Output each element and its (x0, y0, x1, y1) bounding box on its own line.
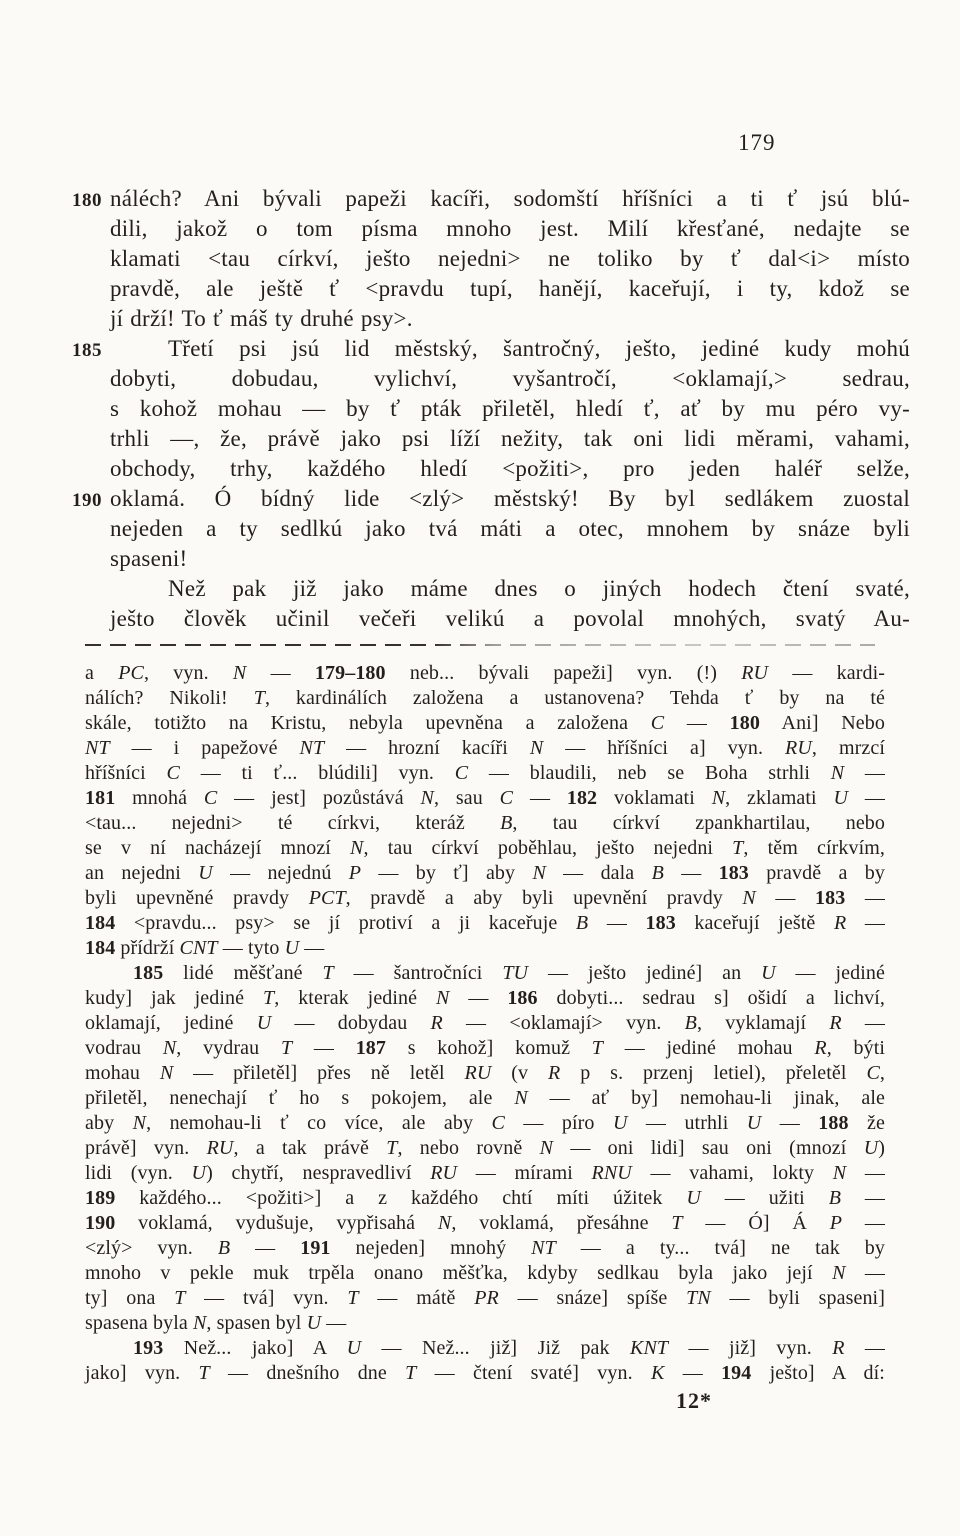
manuscript-siglum: R (548, 1062, 560, 1084)
manuscript-siglum: R (832, 1337, 844, 1359)
manuscript-siglum: NT (85, 737, 110, 759)
manuscript-siglum: U (347, 1337, 362, 1359)
apparatus-line: <zlý> vyn. B — 191 nejeden] mnohý NT — a… (85, 1236, 885, 1261)
manuscript-siglum: N (530, 737, 543, 759)
apparatus-line: se v ní nacházejí mnozí N, tau církví po… (85, 836, 885, 861)
manuscript-siglum: NT (531, 1237, 556, 1259)
manuscript-siglum: TN (686, 1287, 711, 1309)
verse-number: 179–180 (315, 662, 386, 684)
apparatus-line: vodrau N, vydrau T — 187 s kohož] komuž … (85, 1036, 885, 1061)
manuscript-siglum: CNT (180, 937, 218, 959)
manuscript-siglum: B (829, 1187, 841, 1209)
manuscript-siglum: T (592, 1037, 603, 1059)
manuscript-siglum: T (323, 962, 334, 984)
manuscript-siglum: U (747, 1112, 762, 1134)
manuscript-siglum: TU (502, 962, 528, 984)
verse-number: 185 (133, 962, 163, 984)
manuscript-siglum: B (500, 812, 512, 834)
text-line: pravdě, ale ještě ť <pravdu tupí, hanějí… (110, 274, 910, 304)
apparatus-line: 189 každého... <požiti>] a z každého cht… (85, 1186, 885, 1211)
text-line: dili, jakož o tom písma mnoho jest. Milí… (110, 214, 910, 244)
apparatus-line: hříšníci C — ti ť... blúdili] vyn. C — b… (85, 761, 885, 786)
manuscript-siglum: U (257, 1012, 272, 1034)
apparatus-line: spasena byla N, spasen byl U — (85, 1311, 885, 1336)
manuscript-siglum: RU (741, 662, 768, 684)
manuscript-siglum: RU (465, 1062, 492, 1084)
apparatus-line: aby N, nemohau-li ť co více, ale aby C —… (85, 1111, 885, 1136)
apparatus-line: jako] vyn. T — dnešního dne T — čtení sv… (85, 1361, 885, 1386)
manuscript-siglum: B (652, 862, 664, 884)
manuscript-siglum: T (199, 1362, 210, 1384)
manuscript-siglum: PCT (309, 887, 346, 909)
manuscript-siglum: P (349, 862, 361, 884)
manuscript-siglum: K (651, 1362, 664, 1384)
manuscript-siglum: B (685, 1012, 697, 1034)
manuscript-siglum: N (160, 1062, 173, 1084)
apparatus-line: skále, totižto na Kristu, nebyla upevněn… (85, 711, 885, 736)
manuscript-siglum: N (742, 887, 755, 909)
manuscript-siglum: T (281, 1037, 292, 1059)
apparatus-line: 181 mnohá C — jest] pozůstává N, sau C —… (85, 786, 885, 811)
manuscript-siglum: T (386, 1137, 397, 1159)
critical-apparatus: a PC, vyn. N — 179–180 neb... bývali pap… (85, 661, 885, 1386)
manuscript-siglum: RU (430, 1162, 457, 1184)
manuscript-siglum: R (829, 1012, 841, 1034)
manuscript-siglum: PC (118, 662, 144, 684)
manuscript-siglum: N (438, 1212, 451, 1234)
manuscript-siglum: T (263, 987, 274, 1009)
manuscript-siglum: U (198, 862, 213, 884)
verse-number: 187 (356, 1037, 386, 1059)
apparatus-line: oklamají, jediné U — dobydau R — <oklama… (85, 1011, 885, 1036)
verse-number: 184 (85, 912, 115, 934)
margin-line-number: 185 (72, 336, 108, 366)
apparatus-line: 190 voklamá, vydušuje, vypřisahá N, vokl… (85, 1211, 885, 1236)
manuscript-siglum: C (651, 712, 664, 734)
text-line: obchody, trhy, každého hledí <požiti>, p… (110, 454, 910, 484)
apparatus-line: a PC, vyn. N — 179–180 neb... bývali pap… (85, 661, 885, 686)
manuscript-siglum: T (405, 1362, 416, 1384)
text-line: s kohož mohau — by ť pták přiletěl, hled… (110, 394, 910, 424)
manuscript-siglum: N (350, 837, 363, 859)
page-number: 179 (738, 130, 776, 156)
manuscript-siglum: N (540, 1137, 553, 1159)
manuscript-siglum: C (455, 762, 468, 784)
manuscript-siglum: N (532, 862, 545, 884)
manuscript-siglum: C (500, 787, 513, 809)
manuscript-siglum: KNT (630, 1337, 668, 1359)
verse-number: 182 (567, 787, 597, 809)
text-line: klamati <tau církví, ješto nejedni> ne t… (110, 244, 910, 274)
verse-number: 183 (719, 862, 749, 884)
text-line: ješto člověk učinil večeři velikú a povo… (110, 604, 910, 634)
manuscript-siglum: T (671, 1212, 682, 1234)
text-line: 180náléch? Ani bývali papeži kacíři, sod… (110, 184, 910, 214)
manuscript-siglum: U (864, 1137, 879, 1159)
verse-number: 188 (818, 1112, 848, 1134)
text-line: trhli —, že, právě jako psi líží nežity,… (110, 424, 910, 454)
manuscript-siglum: B (576, 912, 588, 934)
apparatus-line: an nejedni U — nejednú P — by ť] aby N —… (85, 861, 885, 886)
manuscript-siglum: N (233, 662, 246, 684)
manuscript-siglum: N (833, 1162, 846, 1184)
manuscript-siglum: PR (474, 1287, 499, 1309)
manuscript-siglum: N (514, 1087, 527, 1109)
text-line: 190oklamá. Ó bídný lide <zlý> městský! B… (110, 484, 910, 514)
manuscript-siglum: U (613, 1112, 628, 1134)
apparatus-line: lidi (vyn. U) chytří, nespravedliví RU —… (85, 1161, 885, 1186)
manuscript-siglum: P (830, 1212, 842, 1234)
apparatus-line: NT — i papežové NT — hrozní kacíři N — h… (85, 736, 885, 761)
manuscript-siglum: RNU (592, 1162, 632, 1184)
verse-number: 184 (85, 937, 115, 959)
apparatus-line: byli upevněné pravdy PCT, pravdě a aby b… (85, 886, 885, 911)
verse-number: 186 (507, 987, 537, 1009)
main-text: 180náléch? Ani bývali papeži kacíři, sod… (110, 184, 910, 634)
manuscript-siglum: B (218, 1237, 230, 1259)
manuscript-siglum: RU (207, 1137, 234, 1159)
text-line: jí drží! To ť máš ty druhé psy>. (110, 304, 910, 334)
manuscript-siglum: U (834, 787, 849, 809)
manuscript-siglum: T (174, 1287, 185, 1309)
margin-line-number: 180 (72, 186, 108, 216)
text-line: Než pak již jako máme dnes o jiných hode… (110, 574, 910, 604)
manuscript-siglum: N (712, 787, 725, 809)
text-line: nejeden a ty sedlkú jako tvá máti a otec… (110, 514, 910, 544)
text-line: 185Třetí psi jsú lid městský, šantročný,… (110, 334, 910, 364)
manuscript-siglum: C (167, 762, 180, 784)
verse-number: 183 (815, 887, 845, 909)
apparatus-line: <tau... nejedni> té církvi, kteráž B, ta… (85, 811, 885, 836)
manuscript-siglum: R (834, 912, 846, 934)
apparatus-line: 185 lidé měšťané T — šantročníci TU — je… (85, 961, 885, 986)
manuscript-siglum: C (866, 1062, 879, 1084)
manuscript-siglum: N (436, 987, 449, 1009)
manuscript-siglum: U (686, 1187, 701, 1209)
apparatus-line: přiletěl, nenechají ť ho s pokojem, ale … (85, 1086, 885, 1111)
apparatus-line: 184 <pravdu... psy> se jí protiví a ji k… (85, 911, 885, 936)
manuscript-siglum: NT (300, 737, 325, 759)
apparatus-line: 193 Než... jako] A U — Než... již] Již p… (85, 1336, 885, 1361)
apparatus-line: ty] ona T — tvá] vyn. T — mátě PR — snáz… (85, 1286, 885, 1311)
manuscript-siglum: T (347, 1287, 358, 1309)
verse-number: 191 (300, 1237, 330, 1259)
manuscript-siglum: N (193, 1312, 206, 1334)
verse-number: 190 (85, 1212, 115, 1234)
verse-number: 181 (85, 787, 115, 809)
manuscript-siglum: U (761, 962, 776, 984)
verse-number: 189 (85, 1187, 115, 1209)
apparatus-line: nálích? Nikoli! T, kardinálích založena … (85, 686, 885, 711)
manuscript-siglum: U (192, 1162, 207, 1184)
verse-number: 194 (721, 1362, 751, 1384)
apparatus-line: mnoho v pekle muk trpěla onano měšťka, k… (85, 1261, 885, 1286)
apparatus-line: právě] vyn. RU, a tak právě T, nebo rovn… (85, 1136, 885, 1161)
manuscript-siglum: C (204, 787, 217, 809)
text-line: dobyti, dobudau, vylichví, vyšantročí, <… (110, 364, 910, 394)
manuscript-siglum: N (421, 787, 434, 809)
scanned-book-page: 179 180náléch? Ani bývali papeži kacíři,… (0, 0, 960, 1536)
margin-line-number: 190 (72, 486, 108, 516)
manuscript-siglum: U (307, 1312, 322, 1334)
manuscript-siglum: N (832, 1262, 845, 1284)
manuscript-siglum: T (254, 687, 265, 709)
manuscript-siglum: U (285, 937, 300, 959)
manuscript-siglum: N (163, 1037, 176, 1059)
verse-number: 180 (730, 712, 760, 734)
manuscript-siglum: N (831, 762, 844, 784)
text-line: spaseni! (110, 544, 910, 574)
apparatus-line: 184 přídrží CNT — tyto U — (85, 936, 885, 961)
apparatus-line: kudy] jak jediné T, kterak jediné N — 18… (85, 986, 885, 1011)
verse-number: 193 (133, 1337, 163, 1359)
printer-signature: 12* (676, 1388, 712, 1414)
apparatus-line: mohau N — přiletěl] přes ně letěl RU (v … (85, 1061, 885, 1086)
manuscript-siglum: N (133, 1112, 146, 1134)
manuscript-siglum: T (732, 837, 743, 859)
manuscript-siglum: R (431, 1012, 443, 1034)
manuscript-siglum: RU (785, 737, 812, 759)
verse-number: 183 (646, 912, 676, 934)
apparatus-separator-rule (85, 644, 875, 646)
manuscript-siglum: C (492, 1112, 505, 1134)
manuscript-siglum: R (814, 1037, 826, 1059)
